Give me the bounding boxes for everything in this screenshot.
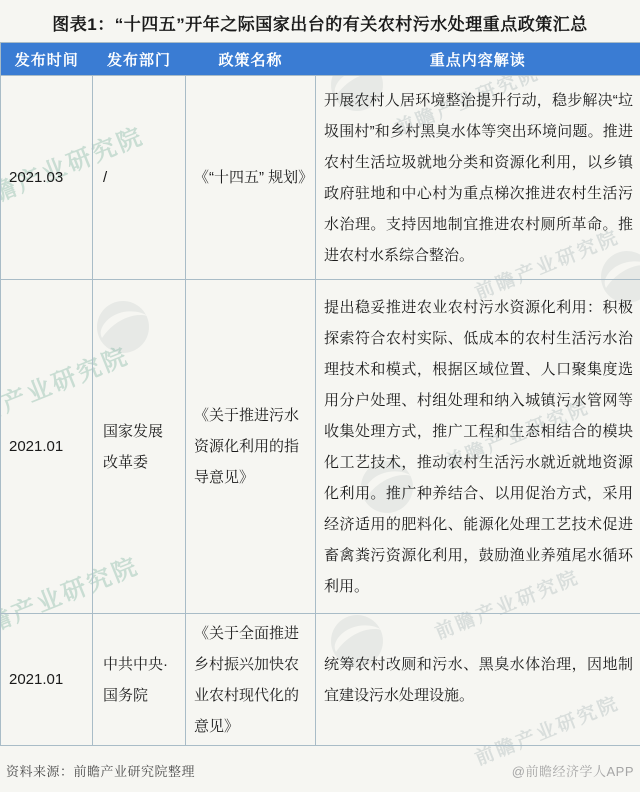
footer: 资料来源：前瞻产业研究院整理 @前瞻经济学人APP <box>0 745 640 792</box>
header-publish-date: 发布时间 <box>1 43 93 76</box>
source-note: 资料来源：前瞻产业研究院整理 <box>6 761 195 780</box>
cell-date: 2021.01 <box>1 614 93 746</box>
cell-policy-name: 《关于全面推进乡村振兴加快农业农村现代化的意见》 <box>186 614 316 746</box>
cell-department: 国家发展改革委 <box>93 280 186 614</box>
header-publish-dept: 发布部门 <box>93 43 186 76</box>
cell-key-content: 统筹农村改厕和污水、黑臭水体治理，因地制宜建设污水处理设施。 <box>316 614 640 746</box>
cell-policy-name: 《关于推进污水资源化利用的指导意见》 <box>186 280 316 614</box>
cell-department: 中共中央·国务院 <box>93 614 186 746</box>
page: 前瞻产业研究院 前瞻产业研究院 前瞻产业研究院 前瞻产业研究院 前瞻产业研究院 … <box>0 0 640 792</box>
cell-date: 2021.01 <box>1 280 93 614</box>
cell-key-content: 提出稳妥推进农业农村污水资源化利用：积极探索符合农村实际、低成本的农村生活污水治… <box>316 280 640 614</box>
policy-table: 发布时间 发布部门 政策名称 重点内容解读 2021.03 / 《“十四五” 规… <box>0 42 640 746</box>
header-key-content: 重点内容解读 <box>316 43 640 76</box>
table-row: 2021.03 / 《“十四五” 规划》 开展农村人居环境整治提升行动，稳步解决… <box>1 76 640 280</box>
table-row: 2021.01 国家发展改革委 《关于推进污水资源化利用的指导意见》 提出稳妥推… <box>1 280 640 614</box>
chart-title: 图表1：“十四五”开年之际国家出台的有关农村污水处理重点政策汇总 <box>0 10 640 35</box>
header-policy-name: 政策名称 <box>186 43 316 76</box>
cell-key-content: 开展农村人居环境整治提升行动，稳步解决“垃圾围村”和乡村黑臭水体等突出环境问题。… <box>316 76 640 280</box>
table-row: 2021.01 中共中央·国务院 《关于全面推进乡村振兴加快农业农村现代化的意见… <box>1 614 640 746</box>
cell-policy-name: 《“十四五” 规划》 <box>186 76 316 280</box>
credit-note: @前瞻经济学人APP <box>512 761 634 780</box>
cell-date: 2021.03 <box>1 76 93 280</box>
cell-department: / <box>93 76 186 280</box>
table-header-row: 发布时间 发布部门 政策名称 重点内容解读 <box>1 43 640 76</box>
